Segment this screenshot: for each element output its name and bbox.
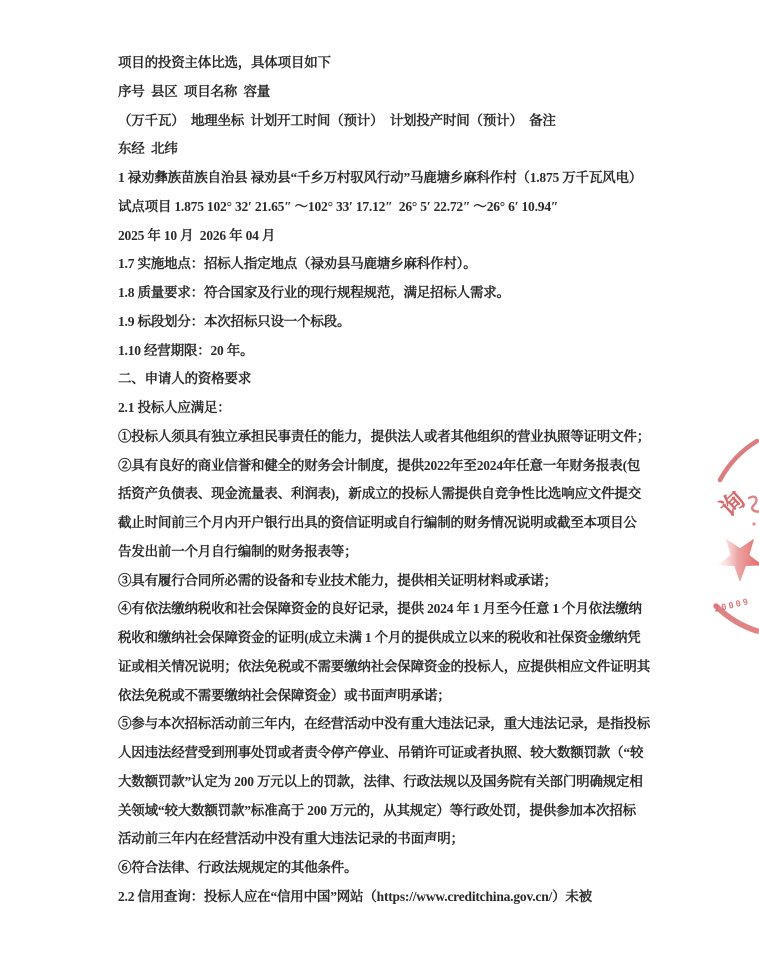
text-line: 项目的投资主体比选，具体项目如下 (118, 49, 666, 78)
stamp-partial-glyph (749, 497, 759, 512)
text-line: 1 禄劝彝族苗族自治县 禄劝县“千乡万村驭风行动”马鹿塘乡麻科作村（1.875 … (118, 164, 666, 193)
text-line: 大数额罚款”认定为 200 万元以上的罚款，法律、行政法规以及国务院有关部门明确… (118, 768, 666, 797)
stamp-star-icon (717, 539, 759, 582)
text-line: 1.7 实施地点：招标人指定地点（禄劝县马鹿塘乡麻科作村）。 (118, 250, 666, 279)
text-line: 2025 年 10 月 2026 年 04 月 (118, 222, 666, 251)
text-line: （万千瓦） 地理坐标 计划开工时间（预计） 计划投产时间（预计） 备注 (118, 107, 666, 136)
text-line: 括资产负债表、现金流量表、利润表)，新成立的投标人需提供自竞争性比选响应文件提交 (118, 480, 666, 509)
text-line: ⑤参与本次招标活动前三年内，在经营活动中没有重大违法记录，重大违法记录，是指投标 (118, 710, 666, 739)
stamp-ink-dot (752, 522, 755, 525)
text-line: 2.1 投标人应满足： (118, 394, 666, 423)
stamp-ring-arc-top (720, 441, 757, 480)
text-line: 试点项目 1.875 102° 32′ 21.65″ ～102° 33′ 17.… (118, 193, 666, 222)
text-line: 1.8 质量要求：符合国家及行业的现行规程规范，满足招标人需求。 (118, 279, 666, 308)
text-line: 截止时间前三个月内开户银行出具的资信证明或自行编制的财务情况说明或截至本项目公 (118, 509, 666, 538)
stamp-ring-char: 询 (715, 487, 751, 523)
text-line: ③具有履行合同所必需的设备和专业技术能力，提供相关证明材料或承诺； (118, 567, 666, 596)
text-line: 序号 县区 项目名称 容量 (118, 78, 666, 107)
text-line: ④有依法缴纳税收和社会保障资金的良好记录，提供 2024 年 1 月至今任意 1… (118, 595, 666, 624)
text-line: 证或相关情况说明；依法免税或不需要缴纳社会保障资金的投标人，应提供相应文件证明其 (118, 653, 666, 682)
text-line: ①投标人须具有独立承担民事责任的能力，提供法人或者其他组织的营业执照等证明文件； (118, 423, 666, 452)
text-line: 1.10 经营期限：20 年。 (118, 337, 666, 366)
text-line: 东经 北纬 (118, 135, 666, 164)
text-line: 2.2 信用查询：投标人应在“信用中国”网站（https://www.credi… (118, 883, 666, 912)
document-text: 项目的投资主体比选，具体项目如下序号 县区 项目名称 容量（万千瓦） 地理坐标 … (118, 49, 666, 912)
text-line: 二、申请人的资格要求 (118, 365, 666, 394)
text-line: 税收和缴纳社会保障资金的证明(成立未满 1 个月的提供成立以来的税收和社保资金缴… (118, 624, 666, 653)
text-line: 人因违法经营受到刑事处罚或者责令停产停业、吊销许可证或者执照、较大数额罚款（“较 (118, 739, 666, 768)
text-line: 依法免税或不需要缴纳社会保障资金）或书面声明承诺； (118, 682, 666, 711)
text-line: ②具有良好的商业信誉和健全的财务会计制度，提供2022年至2024年任意一年财务… (118, 452, 666, 481)
text-line: ⑥符合法律、行政法规规定的其他条件。 (118, 854, 666, 883)
text-line: 活动前三年内在经营活动中没有重大违法记录的书面声明； (118, 825, 666, 854)
page: { "page": { "background": "#ffffff", "te… (0, 0, 759, 958)
text-line: 告发出前一个月自行编制的财务报表等； (118, 538, 666, 567)
official-stamp: 询 20009 (699, 428, 759, 640)
text-line: 关领域“较大数额罚款”标准高于 200 万元的，从其规定）等行政处罚，提供参加本… (118, 797, 666, 826)
text-line: 1.9 标段划分：本次招标只设一个标段。 (118, 308, 666, 337)
